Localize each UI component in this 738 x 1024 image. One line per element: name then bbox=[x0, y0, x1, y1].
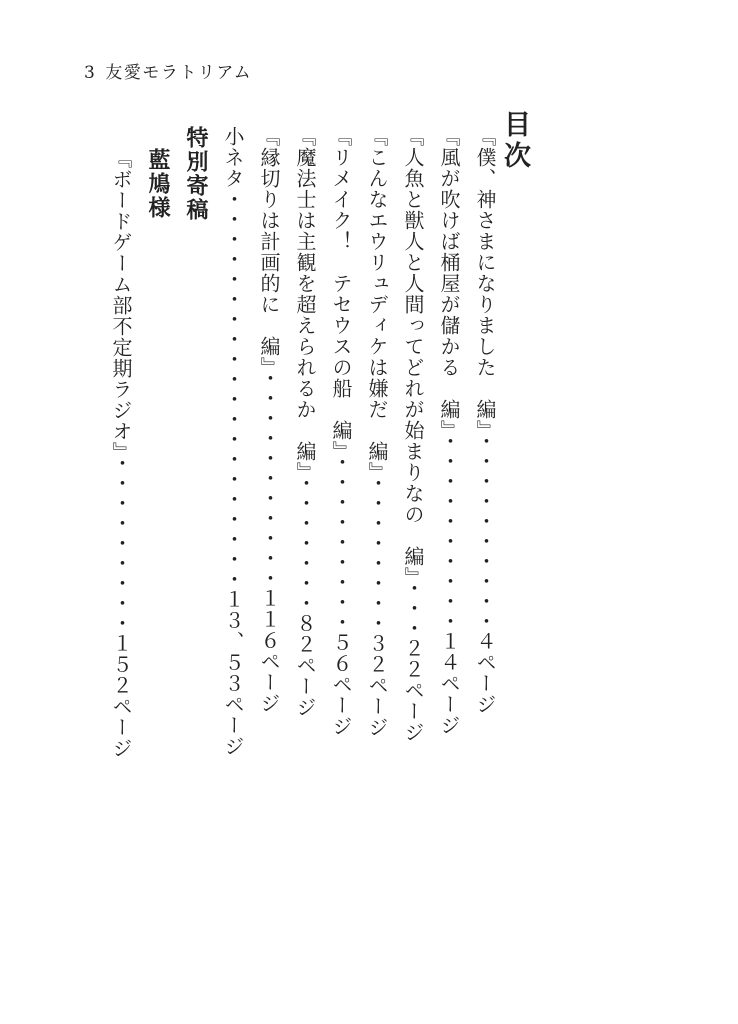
toc-entry-leader-dots: ・・・・・・・・・・・・・・・・・・・・ bbox=[221, 189, 245, 589]
toc-entry-page-number: ８２ページ bbox=[293, 613, 317, 718]
toc-entry: 『リメイク！ テセウスの船 編』・・・・・・・・・５６ページ bbox=[331, 110, 351, 990]
toc-entry-leader-dots: ・・・・・・・・・・ bbox=[437, 431, 461, 631]
toc-entries: 『僕、神さまになりました 編』・・・・・・・・・・４ページ『風が吹けば桶屋が儲か… bbox=[111, 110, 495, 990]
toc-entry-page-number: ４ページ bbox=[473, 631, 497, 715]
toc-entry: 小ネタ・・・・・・・・・・・・・・・・・・・・１３、５３ページ bbox=[223, 110, 243, 990]
toc-entry-title: 『こんなエウリュディケは嫌だ 編』 bbox=[365, 126, 389, 473]
toc-entry-title: 『魔法士は主観を超えられるか 編』 bbox=[293, 126, 317, 473]
toc-entry-title: 『リメイク！ テセウスの船 編』 bbox=[329, 126, 353, 452]
toc-entry-title: 藍鳩様 bbox=[145, 148, 171, 220]
toc-entry: 『人魚と獣人と人間ってどれが始まりなの 編』・・・２２ページ bbox=[403, 110, 423, 990]
toc-entry-page-number: １４ページ bbox=[437, 631, 461, 736]
toc-entry-title: 『風が吹けば桶屋が儲かる 編』 bbox=[437, 126, 461, 431]
toc-entry: 『ボードゲーム部不定期ラジオ』・・・・・・・・・１５２ページ bbox=[111, 110, 131, 990]
table-of-contents: 目次 『僕、神さまになりました 編』・・・・・・・・・・４ページ『風が吹けば桶屋… bbox=[95, 110, 560, 990]
toc-entry-page-number: ５６ページ bbox=[329, 632, 353, 737]
toc-title: 目次 bbox=[495, 110, 534, 990]
toc-entry-title: 『人魚と獣人と人間ってどれが始まりなの 編』 bbox=[401, 126, 425, 578]
toc-entry-title: 特別寄稿 bbox=[183, 126, 209, 222]
toc-page: 3友愛モラトリアム 目次 『僕、神さまになりました 編』・・・・・・・・・・４ペ… bbox=[0, 0, 738, 1024]
toc-entry: 『魔法士は主観を超えられるか 編』・・・・・・・８２ページ bbox=[295, 110, 315, 990]
toc-entry: 藍鳩様 bbox=[147, 110, 169, 990]
toc-entry: 『風が吹けば桶屋が儲かる 編』・・・・・・・・・・１４ページ bbox=[439, 110, 459, 990]
toc-entry-leader-dots: ・・・・・・・・ bbox=[365, 473, 389, 633]
toc-entry-leader-dots: ・・・ bbox=[401, 578, 425, 638]
toc-entry-title: 『ボードゲーム部不定期ラジオ』 bbox=[109, 148, 133, 453]
toc-entry-leader-dots: ・・・・・・・・・ bbox=[109, 453, 133, 633]
toc-entry-leader-dots: ・・・・・・・・・ bbox=[329, 452, 353, 632]
running-header: 3友愛モラトリアム bbox=[84, 58, 252, 83]
toc-entry: 『僕、神さまになりました 編』・・・・・・・・・・４ページ bbox=[475, 110, 495, 990]
toc-entry: 『縁切りは計画的に 編』・・・・・・・・・・・１１６ページ bbox=[259, 110, 279, 990]
toc-entry: 特別寄稿 bbox=[185, 110, 207, 990]
toc-entry-page-number: １３、５３ページ bbox=[221, 589, 245, 757]
toc-entry-leader-dots: ・・・・・・・・・・・ bbox=[257, 368, 281, 588]
toc-entry-page-number: １５２ページ bbox=[109, 633, 133, 759]
toc-entry-page-number: ２２ページ bbox=[401, 638, 425, 743]
toc-entry-title: 『縁切りは計画的に 編』 bbox=[257, 126, 281, 368]
toc-entry-leader-dots: ・・・・・・・ bbox=[293, 473, 317, 613]
header-page-number: 3 bbox=[84, 63, 96, 83]
header-book-title: 友愛モラトリアム bbox=[105, 63, 252, 83]
toc-entry: 『こんなエウリュディケは嫌だ 編』・・・・・・・・３２ページ bbox=[367, 110, 387, 990]
toc-entry-page-number: １１６ページ bbox=[257, 588, 281, 714]
toc-entry-title: 小ネタ bbox=[221, 126, 245, 189]
toc-entry-page-number: ３２ページ bbox=[365, 633, 389, 738]
toc-entry-leader-dots: ・・・・・・・・・・ bbox=[473, 431, 497, 631]
toc-entry-title: 『僕、神さまになりました 編』 bbox=[473, 126, 497, 431]
